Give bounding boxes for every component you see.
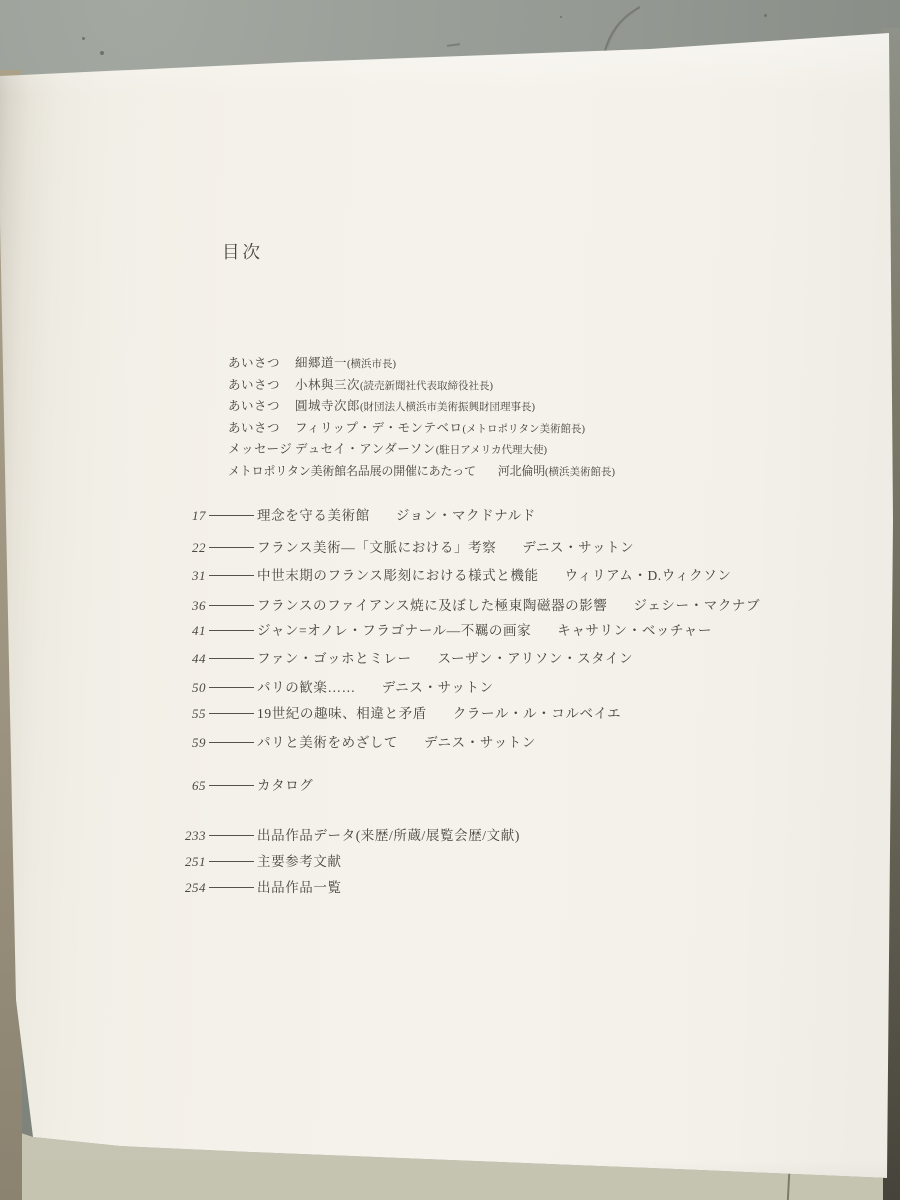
name-text: 細郷道一 [295, 356, 347, 370]
toc-entry: 233出品作品データ(来歴/所蔵/展覧会歴/文献) [168, 827, 520, 844]
entry-author: キャサリン・ベッチャー [557, 622, 712, 639]
dust-speck [100, 51, 104, 55]
leader-rule [209, 515, 254, 516]
name-text: 河北倫明 [498, 464, 545, 478]
affiliation: (財団法人横浜市美術振興財団理事長) [360, 402, 535, 413]
affiliation: (メトロポリタン美術館長) [463, 424, 586, 435]
name-text: デュセイ・アンダーソン [295, 442, 436, 456]
entry-title: 中世末期のフランス彫刻における様式と機能 [257, 567, 539, 584]
toc-entry: 254出品作品一覧 [168, 879, 342, 896]
entry-title: フランス美術—「文脈における」考察 [257, 539, 496, 556]
toc-entry: 31中世末期のフランス彫刻における様式と機能ウィリアム・D.ウィクソン [168, 567, 731, 584]
entry-title: パリと美術をめざして [257, 734, 398, 751]
entry-title: 主要参考文献 [257, 853, 342, 870]
toc-entry: 44ファン・ゴッホとミレースーザン・アリソン・スタイン [168, 650, 633, 667]
name-text: 小林與三次 [295, 378, 360, 392]
affiliation: (横浜市長) [347, 359, 396, 370]
page-number: 59 [168, 734, 206, 751]
front-matter-row: あいさつ 細郷道一(横浜市長) [228, 355, 396, 373]
dust-speck [764, 14, 767, 17]
section-label: メッセージ [228, 441, 295, 458]
name-text: フィリップ・デ・モンテベロ [295, 421, 463, 435]
entry-title: ジャン=オノレ・フラゴナール—不羈の画家 [257, 622, 531, 639]
person-name: 河北倫明(横浜美術館長) [498, 463, 615, 481]
page-number: 50 [168, 679, 206, 696]
table-of-contents-page: 目次 あいさつ 細郷道一(横浜市長) あいさつ 小林與三次(読売新聞社代表取締役… [0, 0, 900, 1200]
affiliation: (駐日アメリカ代理大使) [436, 445, 547, 456]
leader-rule [209, 575, 254, 576]
dust-speck [560, 16, 562, 18]
dust-speck [82, 37, 85, 40]
leader-rule [209, 547, 254, 548]
entry-title: 出品作品データ(来歴/所蔵/展覧会歴/文献) [257, 827, 520, 844]
front-matter-row: メトロポリタン美術館名品展の開催にあたって 河北倫明(横浜美術館長) [228, 463, 615, 481]
leader-rule [209, 861, 254, 862]
toc-entry: 59パリと美術をめざしてデニス・サットン [168, 734, 536, 751]
page-number: 41 [168, 622, 206, 639]
leader-rule [209, 742, 254, 743]
person-name: 圓城寺次郎(財団法人横浜市美術振興財団理事長) [295, 398, 535, 416]
affiliation: (読売新聞社代表取締役社長) [360, 381, 493, 392]
page-number: 65 [168, 777, 206, 794]
leader-rule [209, 605, 254, 606]
leader-rule [209, 887, 254, 888]
page-number: 44 [168, 650, 206, 667]
entry-title: ファン・ゴッホとミレー [257, 650, 412, 667]
section-label: あいさつ [228, 398, 295, 415]
page-number: 22 [168, 539, 206, 556]
page-number: 251 [168, 853, 206, 870]
toc-entry: 65カタログ [168, 777, 313, 794]
entry-title: 19世紀の趣味、相違と矛盾 [257, 705, 427, 722]
entry-author: クラール・ル・コルベイエ [453, 705, 621, 722]
leader-rule [209, 630, 254, 631]
entry-author: ウィリアム・D.ウィクソン [565, 567, 732, 584]
page-number: 233 [168, 827, 206, 844]
toc-entry: 251主要参考文献 [168, 853, 342, 870]
toc-entry: 22フランス美術—「文脈における」考察デニス・サットン [168, 539, 634, 556]
section-label: あいさつ [228, 377, 295, 394]
front-matter-row: あいさつ 圓城寺次郎(財団法人横浜市美術振興財団理事長) [228, 398, 535, 416]
person-name: デュセイ・アンダーソン(駐日アメリカ代理大使) [295, 441, 547, 459]
section-label: あいさつ [228, 420, 295, 437]
entry-title: 出品作品一覧 [257, 879, 342, 896]
person-name: 小林與三次(読売新聞社代表取締役社長) [295, 377, 493, 395]
scratch-mark [598, 4, 646, 54]
toc-entry: 41ジャン=オノレ・フラゴナール—不羈の画家キャサリン・ベッチャー [168, 622, 712, 639]
entry-title: 理念を守る美術館 [257, 507, 370, 524]
leader-rule [209, 658, 254, 659]
entry-title: カタログ [257, 777, 313, 794]
entry-author: ジェシー・マクナブ [633, 597, 760, 614]
section-label: メトロポリタン美術館名品展の開催にあたって [228, 463, 476, 480]
photo-of-book-page: 目次 あいさつ 細郷道一(横浜市長) あいさつ 小林與三次(読売新聞社代表取締役… [0, 0, 900, 1200]
leader-rule [209, 785, 254, 786]
page-number: 31 [168, 567, 206, 584]
page-number: 36 [168, 597, 206, 614]
leader-rule [209, 835, 254, 836]
entry-title: フランスのファイアンス焼に及ぼした極東陶磁器の影響 [257, 597, 607, 614]
front-matter-row: あいさつ 小林與三次(読売新聞社代表取締役社長) [228, 377, 493, 395]
entry-author: デニス・サットン [382, 679, 494, 696]
leader-rule [209, 713, 254, 714]
toc-entry: 17理念を守る美術館ジョン・マクドナルド [168, 507, 536, 524]
entry-author: スーザン・アリソン・スタイン [438, 650, 634, 667]
page-number: 55 [168, 705, 206, 722]
entry-author: ジョン・マクドナルド [396, 507, 536, 524]
entry-title: パリの歓楽…… [257, 679, 356, 696]
page-number: 254 [168, 879, 206, 896]
section-label: あいさつ [228, 355, 295, 372]
front-matter-row: メッセージ デュセイ・アンダーソン(駐日アメリカ代理大使) [228, 441, 547, 459]
affiliation: (横浜美術館長) [545, 467, 615, 478]
toc-entry: 5519世紀の趣味、相違と矛盾クラール・ル・コルベイエ [168, 705, 621, 722]
toc-entry: 36フランスのファイアンス焼に及ぼした極東陶磁器の影響ジェシー・マクナブ [168, 597, 760, 614]
name-text: 圓城寺次郎 [295, 399, 360, 413]
page-number: 17 [168, 507, 206, 524]
person-name: フィリップ・デ・モンテベロ(メトロポリタン美術館長) [295, 420, 585, 438]
entry-author: デニス・サットン [424, 734, 536, 751]
front-matter-row: あいさつ フィリップ・デ・モンテベロ(メトロポリタン美術館長) [228, 420, 585, 438]
entry-author: デニス・サットン [522, 539, 634, 556]
person-name: 細郷道一(横浜市長) [295, 355, 396, 373]
page-title: 目次 [222, 239, 263, 264]
leader-rule [209, 687, 254, 688]
toc-entry: 50パリの歓楽……デニス・サットン [168, 679, 494, 696]
